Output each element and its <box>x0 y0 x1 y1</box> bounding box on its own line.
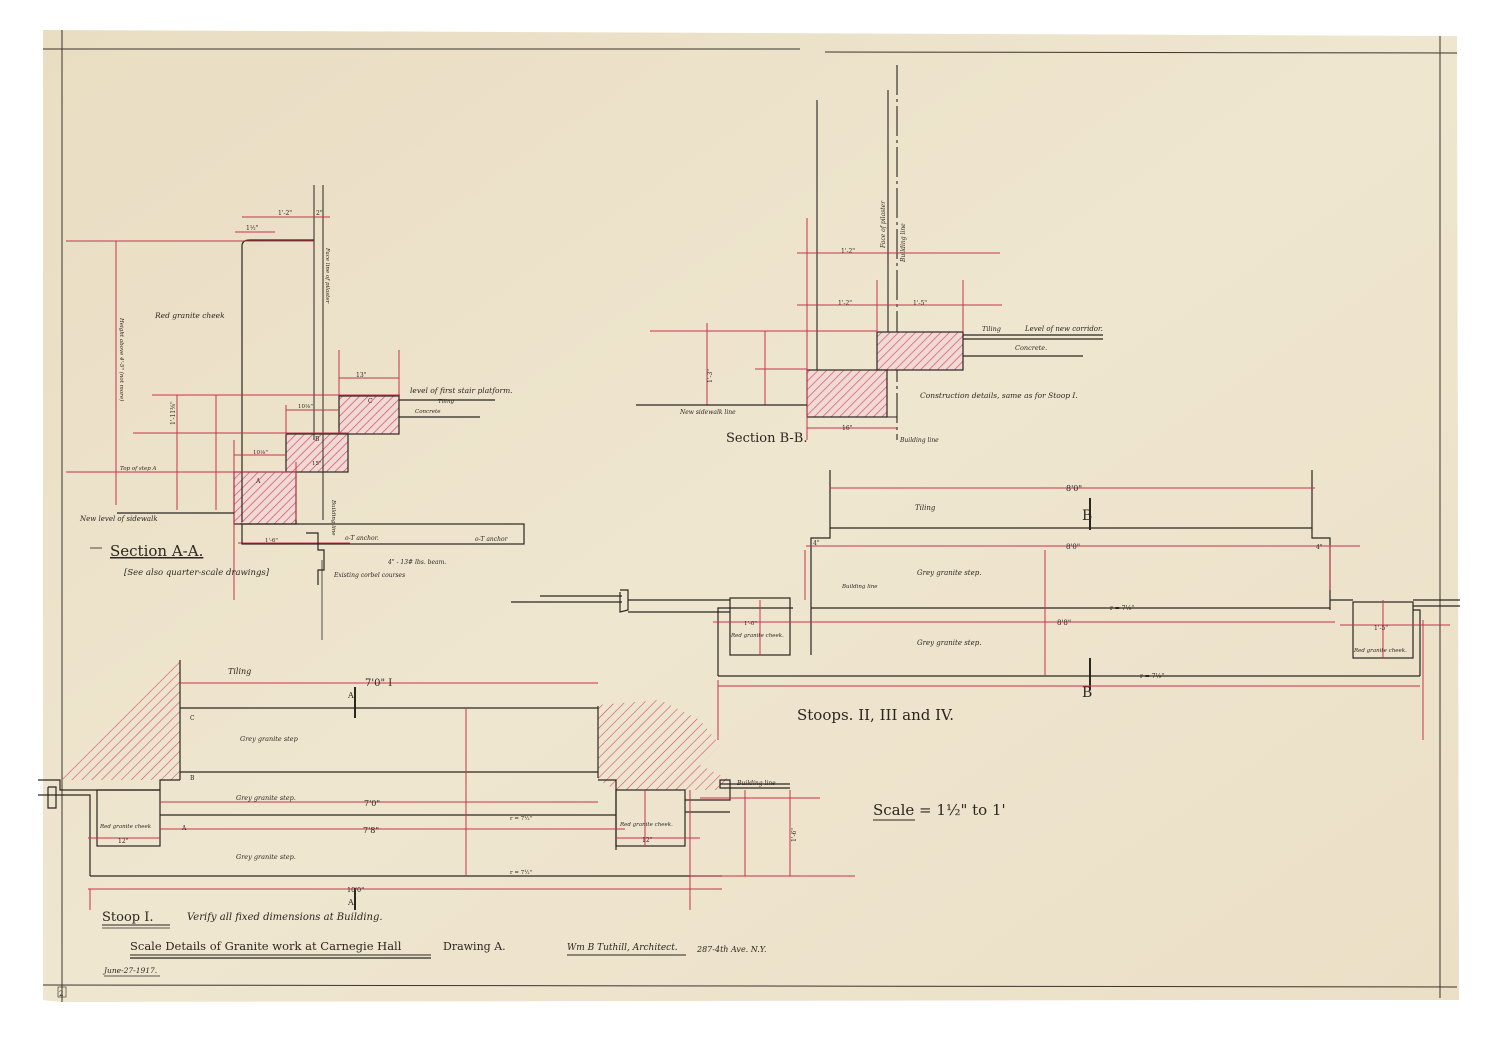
stoops-234-4a: 4" <box>813 540 820 547</box>
aa-subnote: [See also quarter-scale drawings] <box>124 568 270 578</box>
stoops-234-step-upper: Grey granite step. <box>917 569 981 577</box>
stoop-1-12a: 12" <box>118 838 129 845</box>
aa-dim-5: 10⅛" <box>298 404 313 410</box>
stoops-234-10b: 1'-5" <box>1374 625 1388 632</box>
stoops-234-dim-80a: 8'0" <box>1066 484 1082 493</box>
stoop-1-building-line: Building line <box>736 780 776 787</box>
stoops-234-building-line: Building line <box>841 584 878 590</box>
aa-dim-9: 1'-6" <box>265 538 278 544</box>
stoop-1-step-b: Grey granite step. <box>236 794 296 802</box>
stoop-1-mark-b: B <box>190 775 195 782</box>
sheet-mark: 2 <box>59 990 63 998</box>
bb-level-corridor: Level of new corridor. <box>1024 325 1103 333</box>
bb-construction-note: Construction details, same as for Stoop … <box>920 391 1078 400</box>
date: June-27-1917. <box>102 966 157 975</box>
stoops-234-10a: 1'-0" <box>744 621 757 627</box>
stoop-1-tiling: Tiling <box>228 667 251 676</box>
stoops-234-cheek-left: Red granite cheek. <box>730 633 784 639</box>
aa-dim-6: 10⅛" <box>253 450 268 456</box>
stoop-1-step-a: Grey granite step. <box>236 853 296 861</box>
bb-new-sidewalk: New sidewalk line <box>679 409 736 416</box>
bb-face-pilaster: Face of pilaster <box>880 200 887 249</box>
bb-dim-15: 1'-5" <box>913 300 927 307</box>
stoops-234-dim-80b: 8'0" <box>1066 543 1080 551</box>
stoop-1-mark-a: A <box>181 825 187 832</box>
verify-note: Verify all fixed dimensions at Building. <box>187 912 383 923</box>
bb-building-line: Building line <box>900 223 907 263</box>
stoops-234-tiling: Tiling <box>915 504 936 512</box>
aa-dim-10: 1'-11⅜" <box>170 401 177 425</box>
aa-new-sidewalk: New level of sidewalk <box>79 515 158 523</box>
stoops-234-section-b-top: B <box>1082 508 1092 524</box>
stoop-1-section-a-bottom: A <box>347 898 354 907</box>
aa-dim-7: 15" <box>312 461 322 467</box>
aa-corbel: Existing corbel courses <box>333 572 405 579</box>
aa-building-line: Building line <box>330 499 336 536</box>
stoop-1-cheek-right: Red granite cheek. <box>619 822 673 828</box>
stoops-234-cheek-right: Red granite cheek. <box>1353 648 1407 654</box>
stoops-234-4b: 4" <box>1316 544 1323 551</box>
aa-dim-3: 1½" <box>246 225 259 232</box>
aa-step-c: C <box>368 398 373 405</box>
aa-dim-2: 2" <box>316 210 323 217</box>
address: 287-4th Ave. N.Y. <box>696 945 767 954</box>
aa-anchor1: o-T anchor. <box>345 535 379 542</box>
stoop-1-dim-70i: 7'0" I <box>365 678 392 689</box>
stoop-1-mark-c: C <box>190 715 195 722</box>
architect: Wm B Tuthill, Architect. <box>567 943 678 953</box>
stoop-1-r1: r = 7½" <box>510 815 532 822</box>
bb-dim-13: 1'-3" <box>707 369 714 383</box>
scale-note: Scale = 1½" to 1' <box>873 801 1006 819</box>
architectural-drawing-sheet: Red granite cheek level of first stair p… <box>0 0 1500 1040</box>
aa-concrete: Concrete <box>415 409 441 415</box>
stoop-1-r2: r = 7½" <box>510 869 532 876</box>
stoop-1-section-a-top: A <box>347 691 354 700</box>
stoops-234-title: Stoops. II, III and IV. <box>797 706 954 724</box>
stoop-1-cheek-left: Red granite cheek <box>99 824 152 830</box>
stoop-1-12b: 12" <box>642 837 653 844</box>
stoop-1-step-c: Grey granite step <box>240 735 299 743</box>
stoop-1-dim-100: 10'0" <box>347 886 364 894</box>
bb-building-line-bottom: Building line <box>899 437 939 444</box>
drawing-title: Scale Details of Granite work at Carnegi… <box>130 939 402 953</box>
aa-title: Section A-A. <box>110 542 203 560</box>
bb-dim-12a: 1'-2" <box>841 248 855 255</box>
bb-dim-12b: 1'-2" <box>838 300 852 307</box>
aa-height-note: Height above 4'-5" (not more) <box>118 317 125 401</box>
drawing-number: Drawing A. <box>443 940 506 953</box>
aa-dim-4: 13" <box>356 372 367 379</box>
aa-level-platform: level of first stair platform. <box>410 386 513 395</box>
stoops-234-r2: r = 7⅛" <box>1140 673 1164 680</box>
stoop-1-dim-70: 7'0" <box>364 799 380 808</box>
aa-tiling: Tiling <box>438 399 454 405</box>
stoops-234-step-lower: Grey granite step. <box>917 639 981 647</box>
aa-step-a: A <box>255 478 261 485</box>
stoops-234-section-b-bottom: B <box>1082 685 1092 701</box>
stoop-1-16: 1'-6" <box>791 828 798 842</box>
aa-beam: 4" - 13# lbs. beam. <box>387 559 446 566</box>
bb-dim-16: 16" <box>842 425 853 432</box>
bb-tiling: Tiling <box>982 325 1001 333</box>
aa-face-pilaster: Face line of pilaster <box>324 247 330 304</box>
stoop-label: Stoop I. <box>102 910 154 925</box>
stoops-234-dim-88: 8'8" <box>1057 619 1071 627</box>
aa-red-granite-cheek: Red granite cheek <box>154 311 225 320</box>
aa-anchor2: o-T anchor <box>475 536 509 543</box>
stoop-1-dim-78: 7'8" <box>363 826 379 835</box>
aa-step-b: B <box>315 436 320 443</box>
stoops-234-r1: r = 7⅛" <box>1110 605 1134 612</box>
bb-title: Section B-B. <box>726 431 807 446</box>
bb-concrete: Concrete. <box>1015 344 1047 352</box>
aa-dim-1: 1'-2" <box>278 210 292 217</box>
aa-top-of-step: Top of step A <box>120 466 156 472</box>
